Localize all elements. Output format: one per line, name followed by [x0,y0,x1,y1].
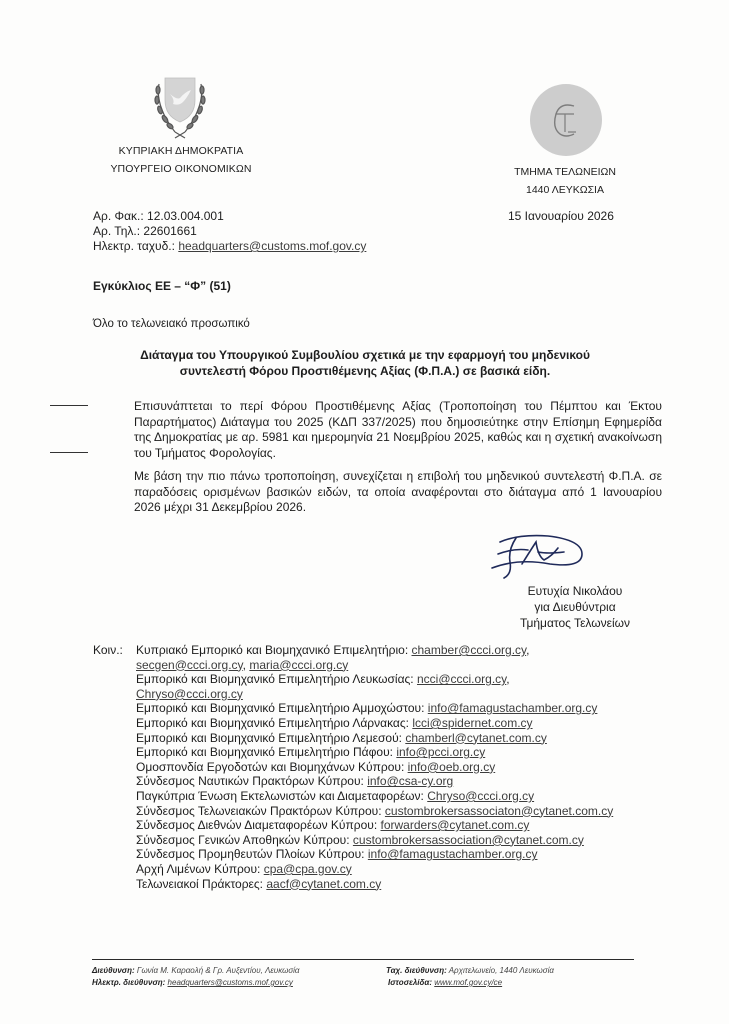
body-paragraph-1: Επισυνάπτεται το περί Φόρου Προστιθέμενη… [134,399,662,461]
cc-email-link[interactable]: lcci@spidernet.com.cy [412,716,532,730]
cc-entry: Τελωνειακοί Πράκτορες: aacf@cytanet.com.… [136,877,616,892]
cc-entry: Κυπριακό Εμπορικό και Βιομηχανικό Επιμελ… [136,643,616,672]
cc-email-link[interactable]: custombrokersassociation@cytanet.com.cy [353,833,584,847]
cc-entry: Εμπορικό και Βιομηχανικό Επιμελητήριο Λε… [136,731,616,746]
cc-email-link[interactable]: info@oeb.org.cy [408,760,496,774]
cc-organization: Εμπορικό και Βιομηχανικό Επιμελητήριο Αμ… [136,701,424,715]
cc-email-link[interactable]: chamber@ccci.org.cy [412,643,527,657]
cc-email-link[interactable]: custombrokersassociaton@cytanet.com.cy [385,804,613,818]
cc-entry: Εμπορικό και Βιομηχανικό Επιμελητήριο Αμ… [136,701,616,716]
cc-entry: Σύνδεσμος Διεθνών Διαμεταφορέων Κύπρου: … [136,818,616,833]
footer-postal-label: Ταχ. διεύθυνση: [386,966,447,975]
cc-email-link[interactable]: info@famagustachamber.org.cy [428,701,598,715]
department-name: ΤΜΗΜΑ ΤΕΛΩΝΕΙΩΝ [500,166,630,178]
email-label: Ηλεκτρ. ταχυδ.: [93,239,175,253]
cc-organization: Σύνδεσμος Διεθνών Διαμεταφορέων Κύπρου: [136,818,377,832]
republic-name: ΚΥΠΡΙΑΚΗ ΔΗΜΟΚΡΑΤΙΑ [100,145,262,157]
footer-divider [92,959,634,960]
document-date: 15 Ιανουαρίου 2026 [508,209,614,223]
cc-entry: Σύνδεσμος Τελωνειακών Πρακτόρων Κύπρου: … [136,804,616,819]
cc-entry: Σύνδεσμος Ναυτικών Πρακτόρων Κύπρου: inf… [136,774,616,789]
footer-address-value: Γωνία Μ. Καραολή & Γρ. Αυξεντίου, Λευκωσ… [137,966,300,975]
cc-organization: Εμπορικό και Βιομηχανικό Επιμελητήριο Λά… [136,716,409,730]
recipients-line: Όλο το τελωνειακό προσωπικό [93,318,250,330]
cc-organization: Ομοσπονδία Εργοδοτών και Βιομηχάνων Κύπρ… [136,760,404,774]
cc-entry: Αρχή Λιμένων Κύπρου: cpa@cpa.gov.cy [136,862,616,877]
subject-line-1: Διάταγμα του Υπουργικού Συμβουλίου σχετι… [80,347,650,363]
cc-organization: Κυπριακό Εμπορικό και Βιομηχανικό Επιμελ… [136,643,408,657]
cc-entry: Εμπορικό και Βιομηχανικό Επιμελητήριο Λά… [136,716,616,731]
cc-entry: Εμπορικό και Βιομηχανικό Επιμελητήριο Πά… [136,745,616,760]
footer-website-link[interactable]: www.mof.gov.cy/ce [434,978,502,987]
cc-email-link[interactable]: cpa@cpa.gov.cy [264,862,352,876]
body-paragraph-2: Με βάση την πιο πάνω τροποποίηση, συνεχί… [134,469,662,516]
cc-organization: Παγκύπρια Ένωση Εκτελωνιστών και Διαμετα… [136,789,424,803]
cc-entry: Σύνδεσμος Προμηθευτών Πλοίων Κύπρου: inf… [136,847,616,862]
cc-organization: Εμπορικό και Βιομηχανικό Επιμελητήριο Λε… [136,672,414,686]
cc-organization: Σύνδεσμος Τελωνειακών Πρακτόρων Κύπρου: [136,804,382,818]
email-link[interactable]: headquarters@customs.mof.gov.cy [178,239,366,253]
cc-email-link[interactable]: ncci@ccci.org.cy [417,672,506,686]
signatory-department: Τμήματος Τελωνείων [480,615,670,631]
cc-entry: Εμπορικό και Βιομηχανικό Επιμελητήριο Λε… [136,672,616,701]
cc-email-link[interactable]: Chryso@ccci.org.cy [427,789,534,803]
cc-organization: Σύνδεσμος Προμηθευτών Πλοίων Κύπρου: [136,847,365,861]
footer-postal-address: Ταχ. διεύθυνση: Αρχιτελωνείο, 1440 Λευκω… [386,965,554,976]
footer-email-link[interactable]: headquarters@customs.mof.gov.cy [168,978,293,987]
file-reference-label: Αρ. Φακ.: [93,209,144,223]
cc-organization: Αρχή Λιμένων Κύπρου: [136,862,260,876]
cc-entry: Παγκύπρια Ένωση Εκτελωνιστών και Διαμετα… [136,789,616,804]
cc-email-link[interactable]: info@famagustachamber.org.cy [368,847,538,861]
email-reference: Ηλεκτρ. ταχυδ.: headquarters@customs.mof… [93,239,366,253]
cc-organization: Σύνδεσμος Ναυτικών Πρακτόρων Κύπρου: [136,774,364,788]
telephone-reference: Αρ. Τηλ.: 22601661 [93,224,197,238]
telephone-value: 22601661 [143,224,196,238]
cc-email-link[interactable]: info@pcci.org.cy [396,745,485,759]
handwritten-signature-icon [478,528,588,580]
circular-title: Εγκύκλιος ΕΕ – “Φ” (51) [93,279,231,293]
file-reference-value: 12.03.004.001 [147,209,224,223]
cc-organization: Τελωνειακοί Πράκτορες: [136,877,263,891]
footer-postal-value: Αρχιτελωνείο, 1440 Λευκωσία [449,966,554,975]
signatory-role: για Διευθύντρια [480,599,670,615]
cyprus-coat-of-arms-icon [145,70,215,140]
cc-email-link[interactable]: info@csa-cy.org [367,774,453,788]
footer-address: Διεύθυνση: Γωνία Μ. Καραολή & Γρ. Αυξεντ… [92,965,300,976]
cc-email-link[interactable]: aacf@cytanet.com.cy [266,877,381,891]
signatory-name: Ευτυχία Νικολάου [480,583,670,599]
customs-department-logo-icon [530,84,602,156]
footer-website: Ιστοσελίδα: www.mof.gov.cy/ce [388,977,502,988]
cc-organization: Εμπορικό και Βιομηχανικό Επιμελητήριο Πά… [136,745,393,759]
cc-email-link[interactable]: Chryso@ccci.org.cy [136,687,243,701]
footer-email-label: Ηλεκτρ. διεύθυνση: [92,978,165,987]
department-address: 1440 ΛΕΥΚΩΣΙΑ [500,184,630,196]
cc-email-link[interactable]: forwarders@cytanet.com.cy [381,818,530,832]
cc-list: Κυπριακό Εμπορικό και Βιομηχανικό Επιμελ… [136,643,616,891]
margin-mark [50,405,88,406]
cc-email-link[interactable]: secgen@ccci.org.cy [136,658,243,672]
footer-address-label: Διεύθυνση: [92,966,135,975]
cc-entry: Σύνδεσμος Γενικών Αποθηκών Κύπρου: custo… [136,833,616,848]
cc-organization: Σύνδεσμος Γενικών Αποθηκών Κύπρου: [136,833,350,847]
footer-email: Ηλεκτρ. διεύθυνση: headquarters@customs.… [92,977,293,988]
cc-organization: Εμπορικό και Βιομηχανικό Επιμελητήριο Λε… [136,731,402,745]
cc-label: Κοιν.: [93,643,123,657]
cc-entry: Ομοσπονδία Εργοδοτών και Βιομηχάνων Κύπρ… [136,760,616,775]
subject-line-2: συντελεστή Φόρου Προστιθέμενης Αξίας (Φ.… [80,363,650,379]
cc-email-link[interactable]: chamberl@cytanet.com.cy [405,731,547,745]
ministry-name: ΥΠΟΥΡΓΕΙΟ ΟΙΚΟΝΟΜΙΚΩΝ [100,163,262,175]
telephone-label: Αρ. Τηλ.: [93,224,140,238]
cc-email-link[interactable]: maria@ccci.org.cy [249,658,348,672]
margin-mark [50,452,88,453]
subject-heading: Διάταγμα του Υπουργικού Συμβουλίου σχετι… [80,347,650,379]
file-reference: Αρ. Φακ.: 12.03.004.001 [93,209,224,223]
footer-website-label: Ιστοσελίδα: [388,978,432,987]
